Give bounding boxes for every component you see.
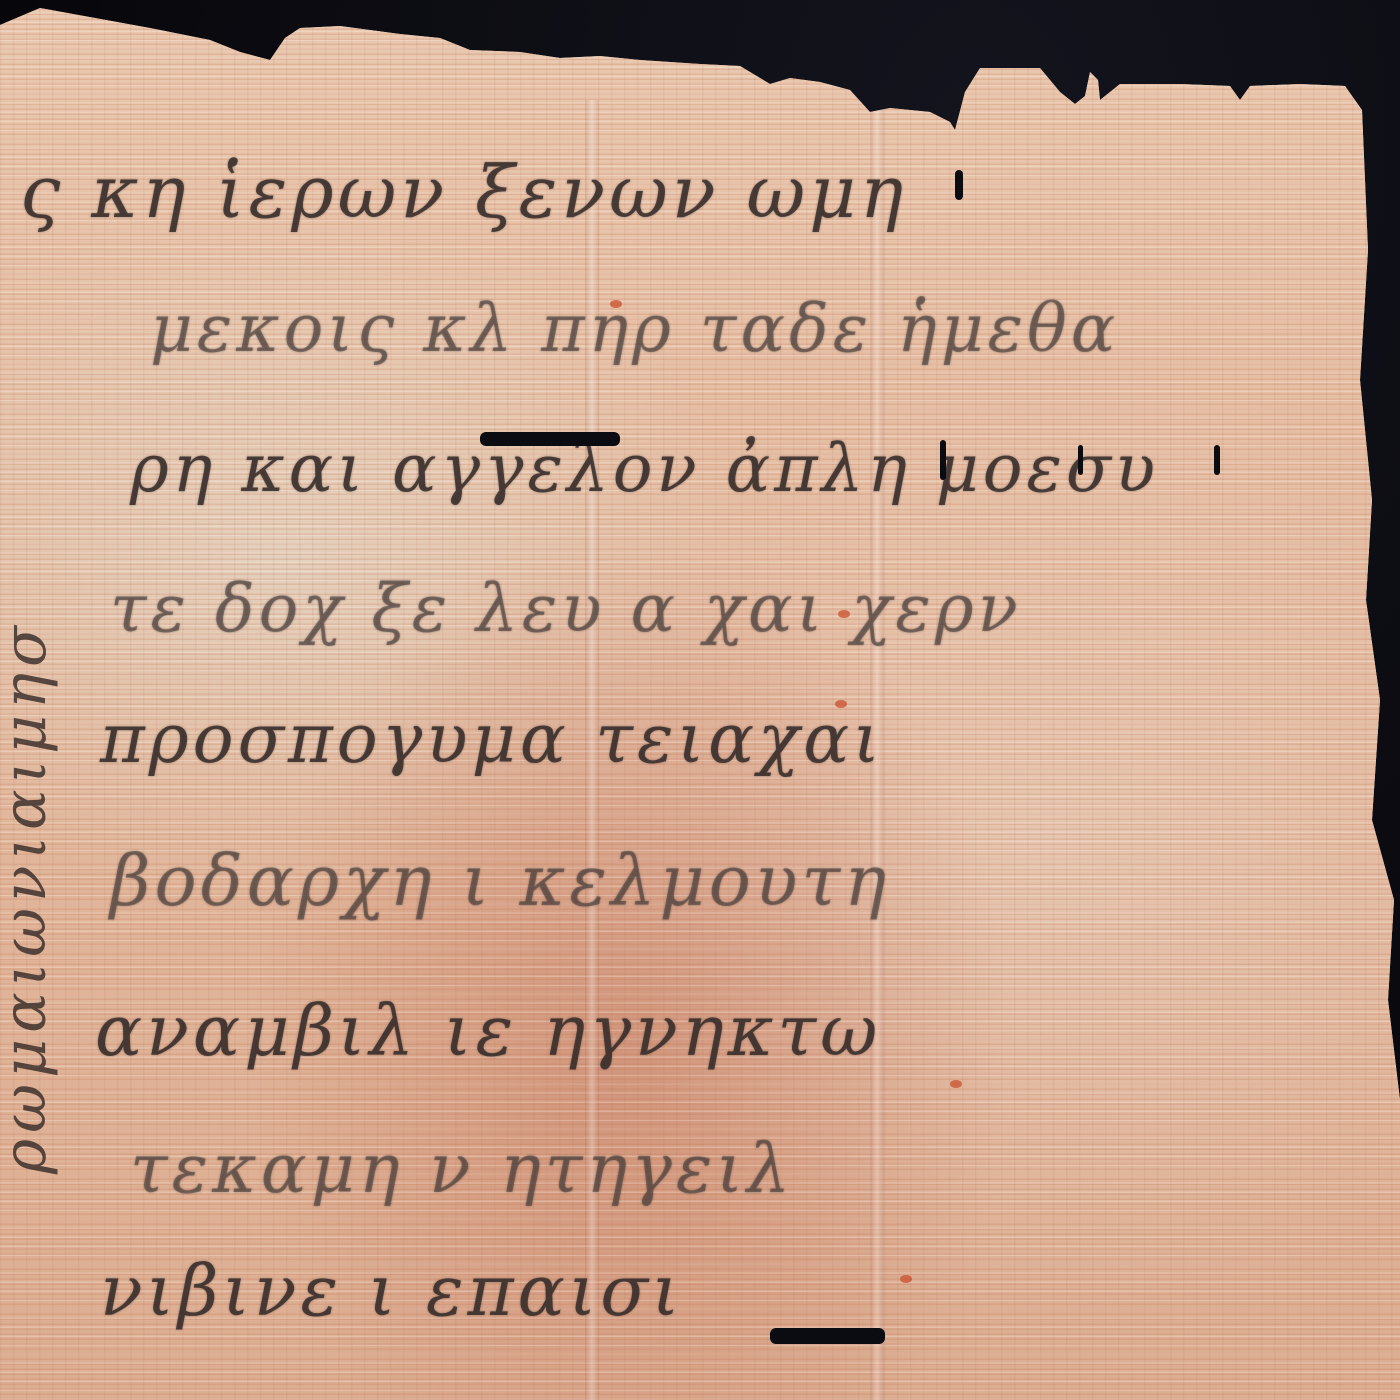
handwritten-line: τεκαμη ν ητηγειλ (130, 1130, 794, 1209)
papyrus-hole (940, 440, 946, 480)
red-fiber-fleck (835, 700, 847, 708)
handwritten-line: νιβινε ι επαισι (100, 1250, 684, 1332)
handwritten-line: βοδαρχη ι κελμουτη (110, 840, 890, 922)
papyrus-hole (955, 170, 963, 200)
red-fiber-fleck (900, 1275, 912, 1283)
papyrus-hole (1214, 445, 1220, 475)
photo-scene: ρωμαιωνιαιμησ ς κη ἱερων ξενων ωμημεκοις… (0, 0, 1400, 1400)
red-fiber-fleck (950, 1080, 962, 1088)
papyrus-hole (770, 1328, 885, 1344)
handwritten-line: προσπογυμα τειαχαι (100, 700, 884, 779)
red-fiber-fleck (610, 300, 622, 308)
margin-vertical-text: ρωμαιωνιαιμησ (0, 620, 60, 1174)
handwritten-line: μεκοις κλ πηρ ταδε ἡμεθα (150, 290, 1119, 367)
handwritten-line: αναμβιλ ιε ηγνηκτω (95, 990, 881, 1072)
handwritten-line: ς κη ἱερων ξενων ωμη (20, 150, 907, 234)
papyrus-fragment: ρωμαιωνιαιμησ ς κη ἱερων ξενων ωμημεκοις… (0, 0, 1400, 1400)
handwritten-line: ρη και αγγελον ἀπλη μοεσυ (130, 430, 1159, 507)
papyrus-hole (480, 432, 620, 446)
red-fiber-fleck (838, 610, 850, 618)
papyrus-hole (1078, 445, 1083, 475)
handwritten-line: τε δοχ ξε λευ α χαι χερν (110, 570, 1022, 647)
